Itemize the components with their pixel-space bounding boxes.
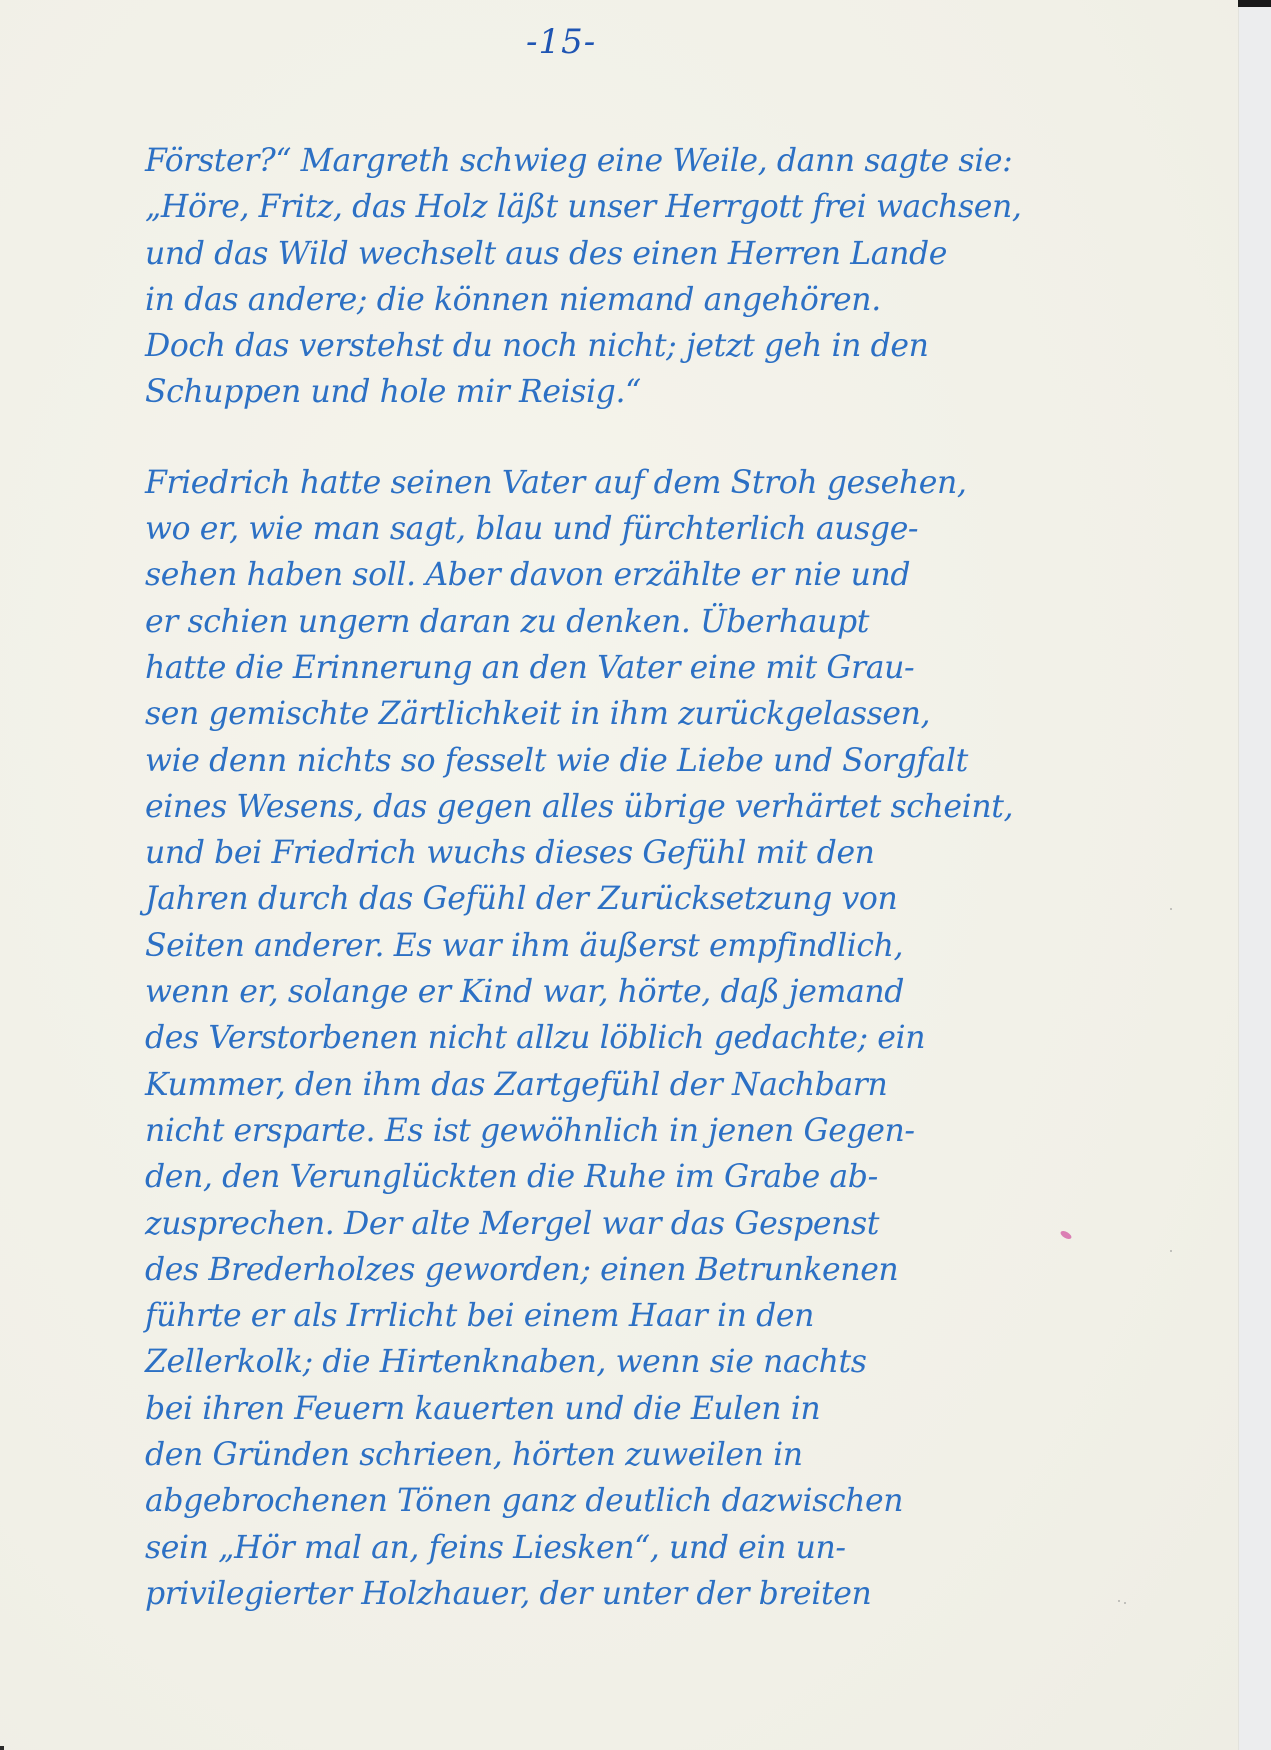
paper-speck: [1118, 1600, 1120, 1602]
text-line: wie denn nichts so fesselt wie die Liebe…: [145, 738, 1130, 784]
text-line: sein „Hör mal an, feins Liesken“, und ei…: [145, 1525, 1130, 1571]
text-line: zusprechen. Der alte Mergel war das Gesp…: [145, 1201, 1130, 1247]
text-line: Schuppen und hole mir Reisig.“: [145, 369, 1130, 415]
text-line: sehen haben soll. Aber davon erzählte er…: [145, 552, 1130, 598]
text-line: Doch das verstehst du noch nicht; jetzt …: [145, 323, 1130, 369]
scanned-paper-page: -15- Förster?“ Margreth schwieg eine Wei…: [0, 0, 1238, 1750]
text-line: Förster?“ Margreth schwieg eine Weile, d…: [145, 138, 1130, 184]
text-line: des Brederholzes geworden; einen Betrunk…: [145, 1247, 1130, 1293]
text-line: Kummer, den ihm das Zartgefühl der Nachb…: [145, 1062, 1130, 1108]
text-line: er schien ungern daran zu denken. Überha…: [145, 599, 1130, 645]
paragraph-1: Förster?“ Margreth schwieg eine Weile, d…: [145, 138, 1130, 416]
paragraph-gap: [145, 416, 1130, 460]
text-line: wenn er, solange er Kind war, hörte, daß…: [145, 969, 1130, 1015]
paper-speck: [1170, 908, 1172, 910]
text-line: Friedrich hatte seinen Vater auf dem Str…: [145, 460, 1130, 506]
text-line: wo er, wie man sagt, blau und fürchterli…: [145, 506, 1130, 552]
text-line: führte er als Irrlicht bei einem Haar in…: [145, 1293, 1130, 1339]
scanner-shadow-corner: [0, 1746, 4, 1750]
text-line: abgebrochenen Tönen ganz deutlich dazwis…: [145, 1478, 1130, 1524]
text-line: nicht ersparte. Es ist gewöhnlich in jen…: [145, 1108, 1130, 1154]
scanner-shadow-corner: [1238, 0, 1271, 7]
text-line: in das andere; die können niemand angehö…: [145, 277, 1130, 323]
text-line: Seiten anderer. Es war ihm äußerst empfi…: [145, 923, 1130, 969]
text-line: privilegierter Holzhauer, der unter der …: [145, 1571, 1130, 1617]
text-line: des Verstorbenen nicht allzu löblich ged…: [145, 1015, 1130, 1061]
text-line: Jahren durch das Gefühl der Zurücksetzun…: [145, 876, 1130, 922]
handwritten-text-body: Förster?“ Margreth schwieg eine Weile, d…: [145, 138, 1130, 1617]
paper-speck: [1170, 1250, 1172, 1252]
text-line: sen gemischte Zärtlichkeit in ihm zurück…: [145, 691, 1130, 737]
text-line: und das Wild wechselt aus des einen Herr…: [145, 231, 1130, 277]
text-line: bei ihren Feuern kauerten und die Eulen …: [145, 1386, 1130, 1432]
page-number: -15-: [526, 22, 596, 62]
text-line: und bei Friedrich wuchs dieses Gefühl mi…: [145, 830, 1130, 876]
text-line: eines Wesens, das gegen alles übrige ver…: [145, 784, 1130, 830]
text-line: hatte die Erinnerung an den Vater eine m…: [145, 645, 1130, 691]
text-line: Zellerkolk; die Hirtenknaben, wenn sie n…: [145, 1339, 1130, 1385]
paper-speck: [1124, 1602, 1126, 1604]
scanner-bed-edge: [1238, 0, 1271, 1750]
text-line: „Höre, Fritz, das Holz läßt unser Herrgo…: [145, 184, 1130, 230]
paragraph-2: Friedrich hatte seinen Vater auf dem Str…: [145, 460, 1130, 1617]
text-line: den, den Verunglückten die Ruhe im Grabe…: [145, 1154, 1130, 1200]
text-line: den Gründen schrieen, hörten zuweilen in: [145, 1432, 1130, 1478]
